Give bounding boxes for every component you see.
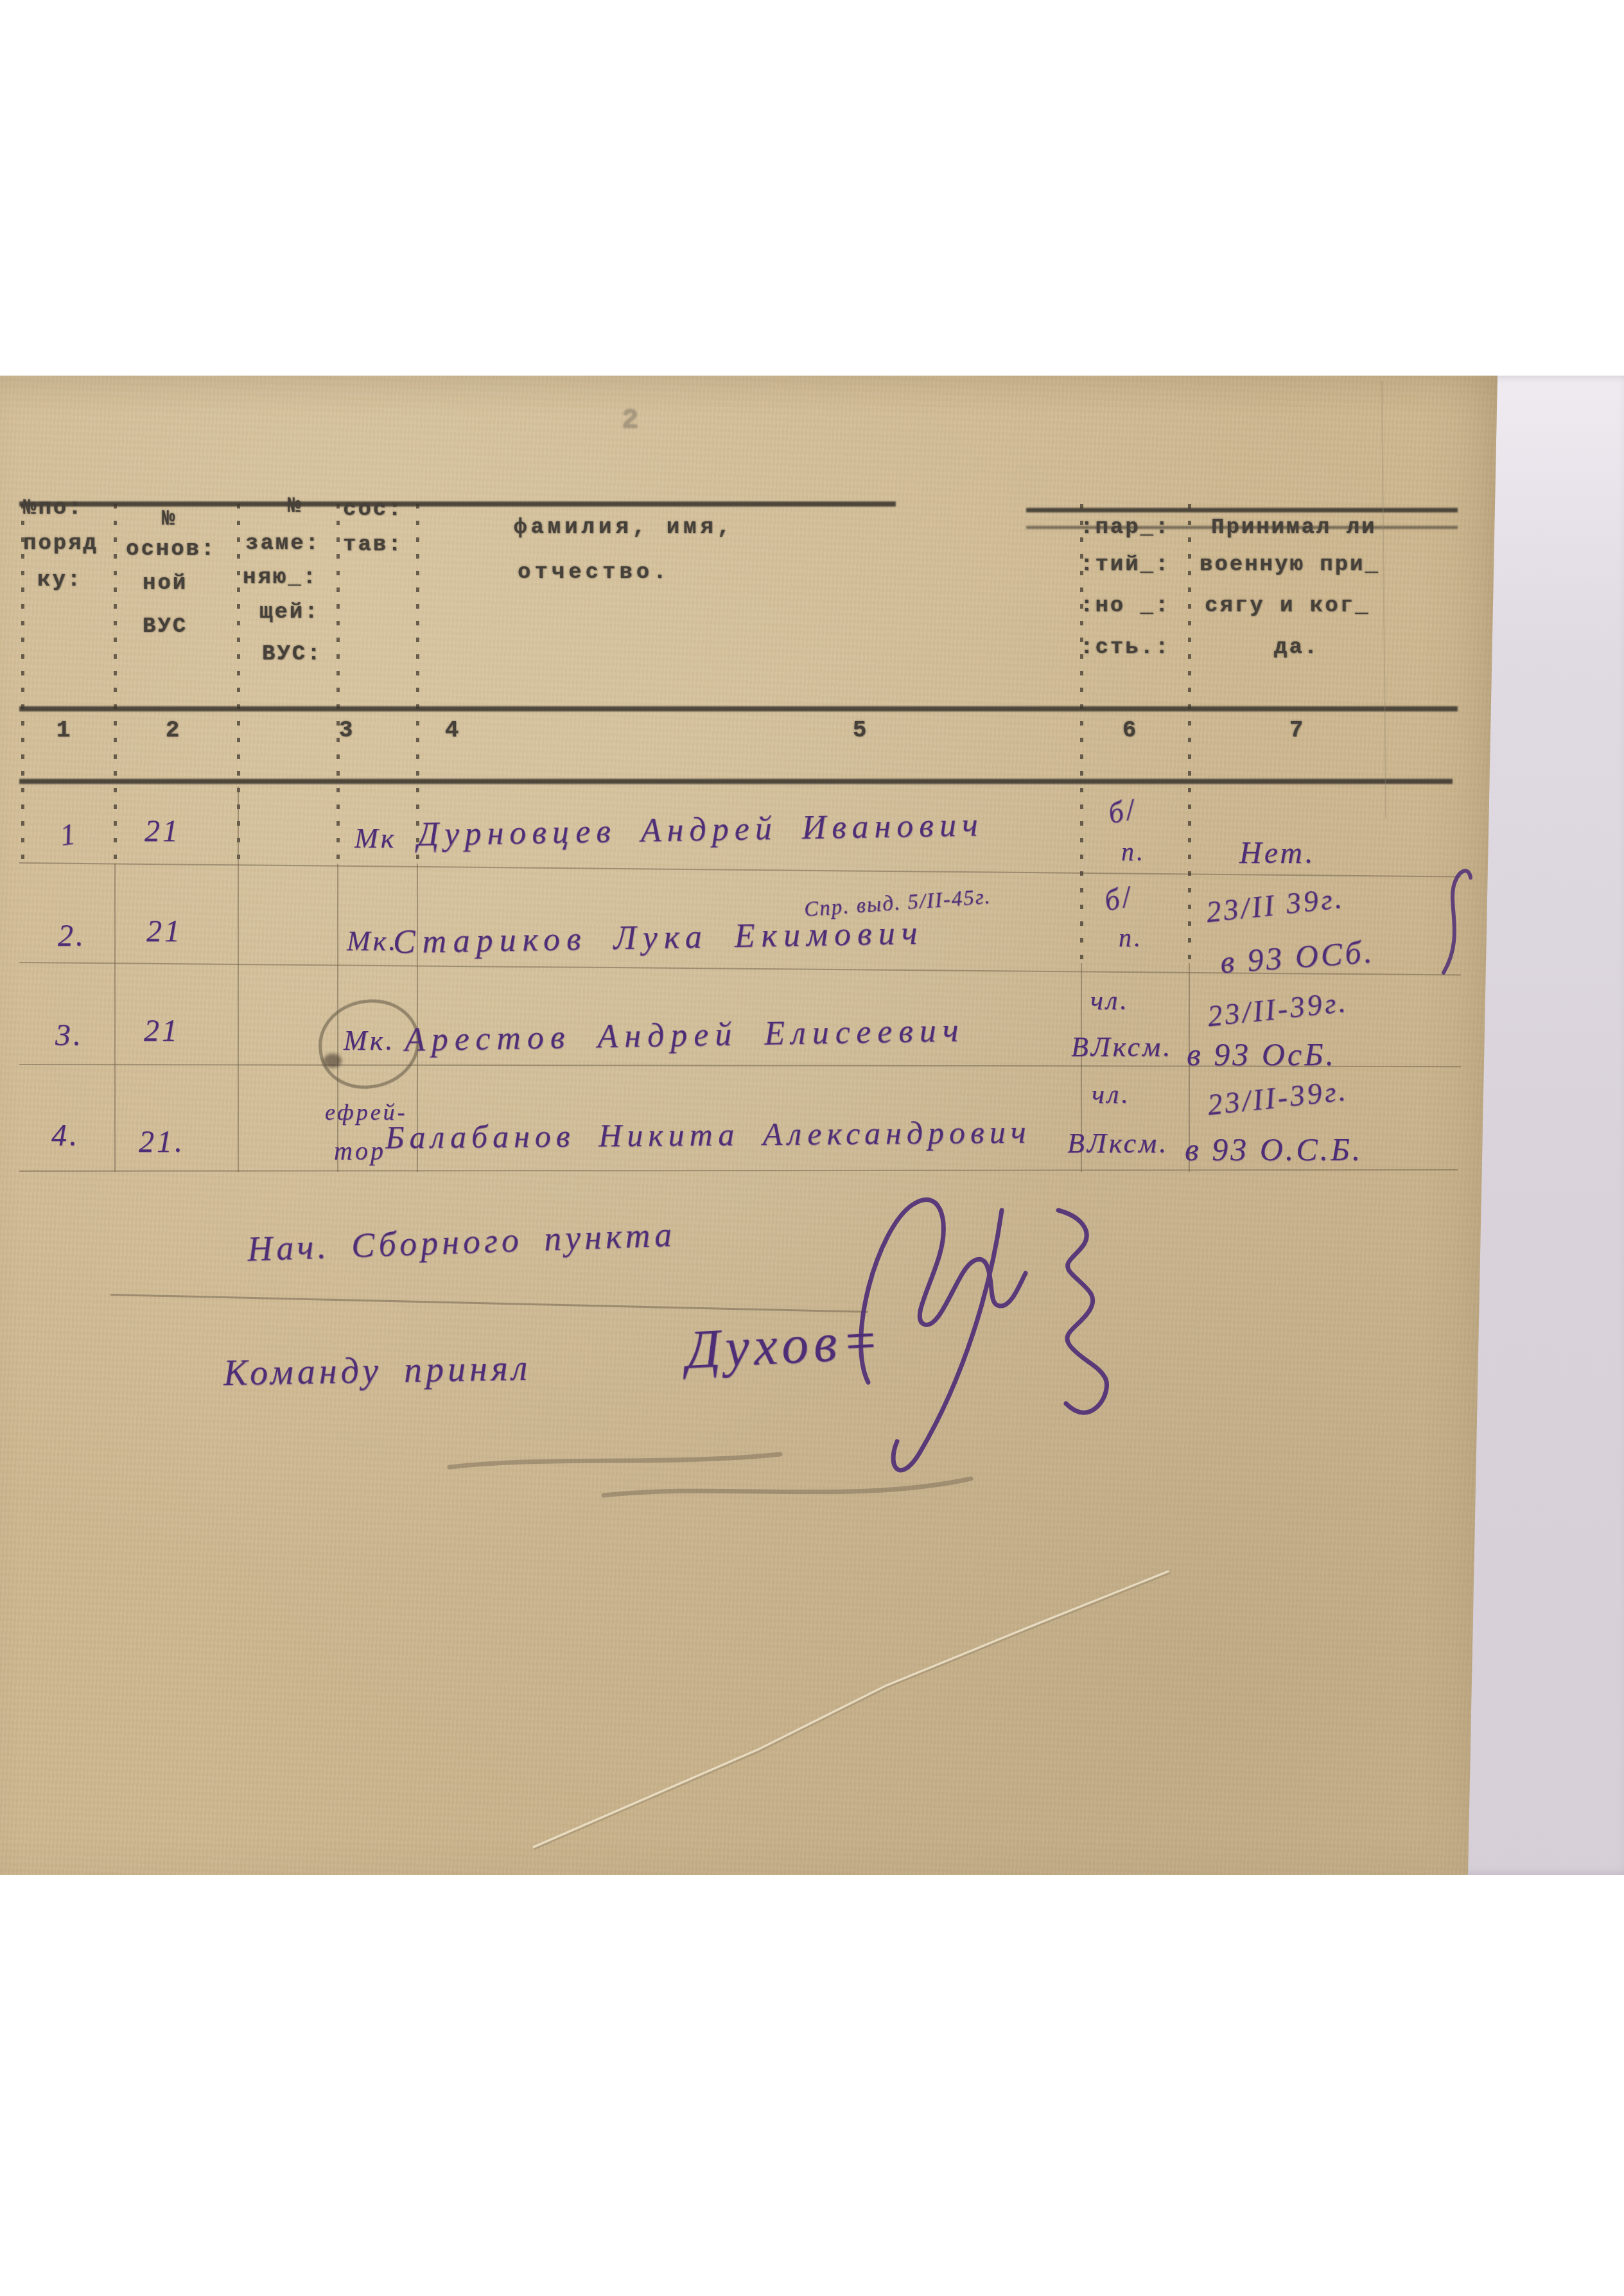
header-col1-line1: №по:	[23, 496, 83, 521]
row2-party-line2: п.	[1119, 923, 1143, 953]
header-col3-line2: заме:	[245, 532, 320, 556]
row3-oath-line2: в 93 ОсБ.	[1187, 1036, 1336, 1073]
row1-party-line2: п.	[1121, 837, 1146, 867]
header-col7-line4: да.	[1274, 636, 1319, 660]
row2-oath-line1: 23/II 39г.	[1205, 881, 1346, 929]
row3-party-line2: ВЛксм.	[1071, 1031, 1173, 1063]
header-col5-line1: фамилия, имя,	[514, 516, 734, 540]
row2-name: Стариков Лука Екимович	[393, 914, 924, 961]
row4-party-line1: чл.	[1092, 1079, 1131, 1110]
row4-vus: 21.	[139, 1124, 185, 1160]
col-number-4: 4	[445, 717, 461, 744]
page-number: 2	[622, 404, 640, 437]
header-col3-line3: няю_:	[243, 566, 318, 590]
header-col4-line1: сос:	[343, 498, 403, 522]
header-col6-line3: :но _:	[1080, 594, 1170, 618]
table-top-border	[19, 501, 896, 507]
row1-number: 1	[58, 816, 80, 852]
row4-party-line2: ВЛксм.	[1067, 1127, 1169, 1160]
row4-number: 4.	[51, 1118, 80, 1153]
document-sheet: 2 №по: поряд ку: № основ: ной ВУС	[0, 376, 1503, 1875]
row3-name: Арестов Андрей Елисеевич	[405, 1011, 966, 1059]
footer-underline	[110, 1294, 868, 1313]
row1-party-line1: б/	[1105, 792, 1140, 831]
col-border-4	[416, 504, 419, 864]
row4-oath-line2: в 93 О.С.Б.	[1185, 1131, 1363, 1168]
col-border-left	[21, 504, 24, 864]
header-separator-line	[19, 706, 1458, 711]
row1-oath: Нет.	[1239, 835, 1316, 871]
row3-oath-line1: 23/II-39г.	[1206, 985, 1350, 1034]
header-col2-line1: №	[162, 507, 177, 532]
header-col6-line1: :пар_:	[1080, 516, 1170, 540]
header-col1-line2: поряд	[23, 532, 98, 556]
header-col5-line2: отчество.	[518, 561, 670, 585]
ink-stain	[324, 1054, 342, 1068]
header-col6-line2: :тий_:	[1080, 553, 1170, 577]
row1-sostav: Мк	[354, 822, 396, 855]
numbers-separator-line	[19, 779, 1453, 784]
col-number-2: 2	[166, 717, 182, 744]
header-col3-line5: ВУС:	[262, 642, 322, 666]
footer-title-nachalnik: Нач. Сборного пункта	[247, 1214, 676, 1269]
header-col3-line4: щей:	[259, 600, 320, 625]
header-col3-line1: №	[288, 494, 302, 519]
row3-party-line1: чл.	[1090, 986, 1130, 1016]
col-number-5: 5	[853, 717, 869, 744]
col-border-2-pencil	[238, 787, 239, 1172]
row2-sostav: Мк.	[347, 925, 398, 957]
footer-signature-dukhov: Духов=	[685, 1309, 886, 1382]
footer-title-komandu: Команду принял	[223, 1348, 531, 1394]
row2-vus: 21	[146, 914, 182, 949]
scanned-document-photo: 2 №по: поряд ку: № основ: ной ВУС	[0, 0, 1624, 2296]
header-col1-line3: ку:	[37, 568, 82, 593]
col-number-7: 7	[1289, 717, 1305, 744]
row1-name: Дурновцев Андрей Иванович	[417, 806, 984, 853]
header-col4-line2: тав:	[343, 533, 403, 557]
col-number-6: 6	[1122, 717, 1139, 744]
nachalnik-signature	[861, 1199, 1107, 1470]
header-col2-line4: ВУС	[143, 614, 188, 639]
header-col7-line1: Принимал ли	[1211, 516, 1376, 540]
col-number-3: 3	[339, 717, 355, 744]
col-border-3	[336, 504, 340, 864]
col-number-1: 1	[57, 717, 73, 744]
row4-name: Балабанов Никита Александрович	[385, 1113, 1031, 1156]
row3-number: 3.	[55, 1018, 83, 1053]
header-col6-line4: :сть.:	[1080, 636, 1170, 660]
header-col7-line2: военную при_	[1200, 553, 1380, 577]
pencil-scribbles	[450, 1454, 971, 1495]
table-top-border-right	[1026, 508, 1458, 512]
row3-vus: 21	[144, 1013, 180, 1048]
header-col2-line3: ной	[143, 571, 188, 596]
header-col7-line3: сягу и ког_	[1205, 594, 1370, 618]
header-col2-line2: основ:	[126, 537, 216, 562]
row2-oath-flourish	[1444, 871, 1471, 973]
row1-vus: 21	[144, 813, 180, 849]
row4-oath-line1: 23/II-39г.	[1206, 1074, 1350, 1122]
row3-sostav: Мк.	[344, 1024, 395, 1057]
col-border-6	[1188, 504, 1191, 963]
row2-number: 2.	[58, 918, 86, 953]
col-border-1-pencil	[114, 864, 116, 1172]
row-line-4	[19, 1169, 1458, 1172]
col-border-1	[114, 504, 117, 864]
row2-party-line1: б/	[1101, 879, 1136, 918]
row4-sostav-line2: тор	[334, 1136, 386, 1166]
